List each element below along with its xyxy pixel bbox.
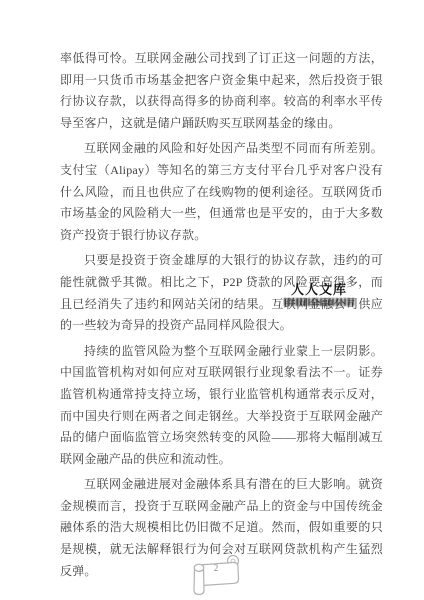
paragraph: 率低得可怜。互联网金融公司找到了订正这一问题的方法，即用一只货币市场基金把客户资… [60, 48, 383, 134]
document-body: 率低得可怜。互联网金融公司找到了订正这一问题的方法，即用一只货币市场基金把客户资… [60, 48, 383, 586]
page-number: 2 [204, 563, 228, 573]
paragraph: 互联网金融的风险和好处因产品类型不同而有所差别。支付宝（Alipay）等知名的第… [60, 138, 383, 246]
scroll-icon [186, 552, 246, 598]
paragraph: 持续的监管风险为整个互联网金融行业蒙上一层阴影。中国监管机构对如何应对互联网银行… [60, 341, 383, 471]
paragraph: 只要是投资于资金雄厚的大银行的协议存款，违约的可能性就微乎其微。相比之下，P2P… [60, 250, 383, 336]
document-page: 率低得可怜。互联网金融公司找到了订正这一问题的方法，即用一只货币市场基金把客户资… [0, 0, 424, 600]
page-number-ornament: 2 [186, 552, 246, 598]
